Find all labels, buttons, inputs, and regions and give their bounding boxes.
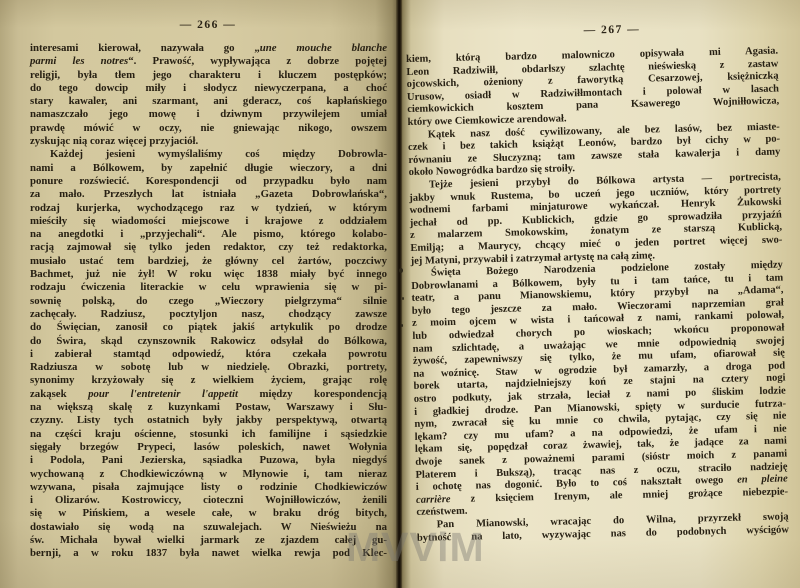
text-line: nami a Bólkowem, by zapełnić długie wiec…: [30, 162, 387, 175]
text-line: namaszczało jego mowę i dziwnym przywile…: [30, 108, 387, 121]
text-line: stary kawaler, ani szarmant, ani gderacz…: [30, 95, 387, 108]
text-line: Bachmet, już nie żył! W roku więc 1838 m…: [30, 268, 387, 281]
watermark-text: MVViM: [346, 524, 485, 571]
text-line: zakąsek pour l'entretenir l'appetit międ…: [30, 388, 387, 401]
text-line: zachęcały. Radziusz, pocztyljon nasz, ch…: [30, 308, 387, 321]
text-line: ponure rozświecić. Korespondencji od prz…: [30, 175, 387, 188]
text-line: za mało. Przeszłych lat istniała „Gazeta…: [30, 188, 387, 201]
text-line: się w Pińskiem, a wesele całe, w braku d…: [30, 507, 387, 520]
text-line: parmi les notres“. Prawość, wypływająca …: [30, 55, 387, 68]
text-line: bernji, a w roku 1837 była nawet wielka …: [30, 547, 387, 560]
text-line: na anegdotki i „przyjechali“. Ale pismo,…: [30, 228, 387, 241]
text-line: do Świra, skąd czynszownik Rakowicz odsy…: [30, 335, 387, 348]
page-267-text: kiem, którą bardzo malowniczo opisywała …: [406, 46, 789, 545]
text-line: Każdej jesieni wymyślaliśmy coś między D…: [30, 148, 387, 161]
text-line: synonimy krzyżowały się z wielkiem życie…: [30, 374, 387, 387]
page-266-text: interesami kierował, nazywała go „une mo…: [30, 42, 387, 561]
text-line: wychowaną z Chodkiewiczówną w Młynowie i…: [30, 468, 387, 481]
text-line: sownię polską, do czego „Wieczory pielgr…: [30, 295, 387, 308]
text-line: mieściły się wiadomości miejscowe i kraj…: [30, 215, 387, 228]
text-line: na części kraju ościenne, stosunki ich f…: [30, 428, 387, 441]
text-line: racją zajmował się tylko jeden redaktor,…: [30, 241, 387, 254]
text-line: rodzaju ćwiczenia literackie w celu wpra…: [30, 281, 387, 294]
text-line: do tego dowcip miły i słodycz niewyczerp…: [30, 82, 387, 95]
text-line: i zabierał stamtąd odpowiedź, która czek…: [30, 348, 387, 361]
text-line: interesami kierował, nazywała go „une mo…: [30, 42, 387, 55]
page-number-266: — 266 —: [30, 19, 386, 31]
text-line: wzywana, pisała zajmujące listy o rodzin…: [30, 481, 387, 494]
page-number-267: — 267 —: [545, 23, 679, 37]
text-line: zyskując nią coraz więcej przyjaciół.: [30, 135, 387, 148]
text-line: sięgały brzegów Prypeci, lasów poleskich…: [30, 441, 387, 454]
book-gutter: [396, 0, 402, 588]
text-line: prawdę mówić w oczy, nie gniewając nikog…: [30, 122, 387, 135]
text-line: musiało ustać tem bardziej, że główny ce…: [30, 255, 387, 268]
text-line: rodzaj kurjerka, wychodzącego raz w tydz…: [30, 202, 387, 215]
text-line: Radziusza w sobotę lub w niedzielę. Obra…: [30, 361, 387, 374]
text-line: do Święcian, zanosił co piątek jakiś art…: [30, 321, 387, 334]
book-scan: — 266 — — 267 — interesami kierował, naz…: [0, 0, 800, 588]
text-line: i Olizarów. Kostrowiccy, cioteczni Wojni…: [30, 494, 387, 507]
gutter-ink-specks: [399, 268, 403, 273]
text-line: religji, była tłem jego charakteru i klu…: [30, 69, 387, 82]
text-line: i Podola, Pani Jezierska, sąsiadka Puzow…: [30, 454, 387, 467]
text-line: czyzny. Listy tych ostatnich były jakby …: [30, 414, 387, 427]
text-line: na większą skalę z kuzynkami Postaw, War…: [30, 401, 387, 414]
text-line: dostawiało się wodą na szuwalejach. W Ni…: [30, 521, 387, 534]
text-line: św. Michała bywał wielki jarmark ze zjaz…: [30, 534, 387, 547]
